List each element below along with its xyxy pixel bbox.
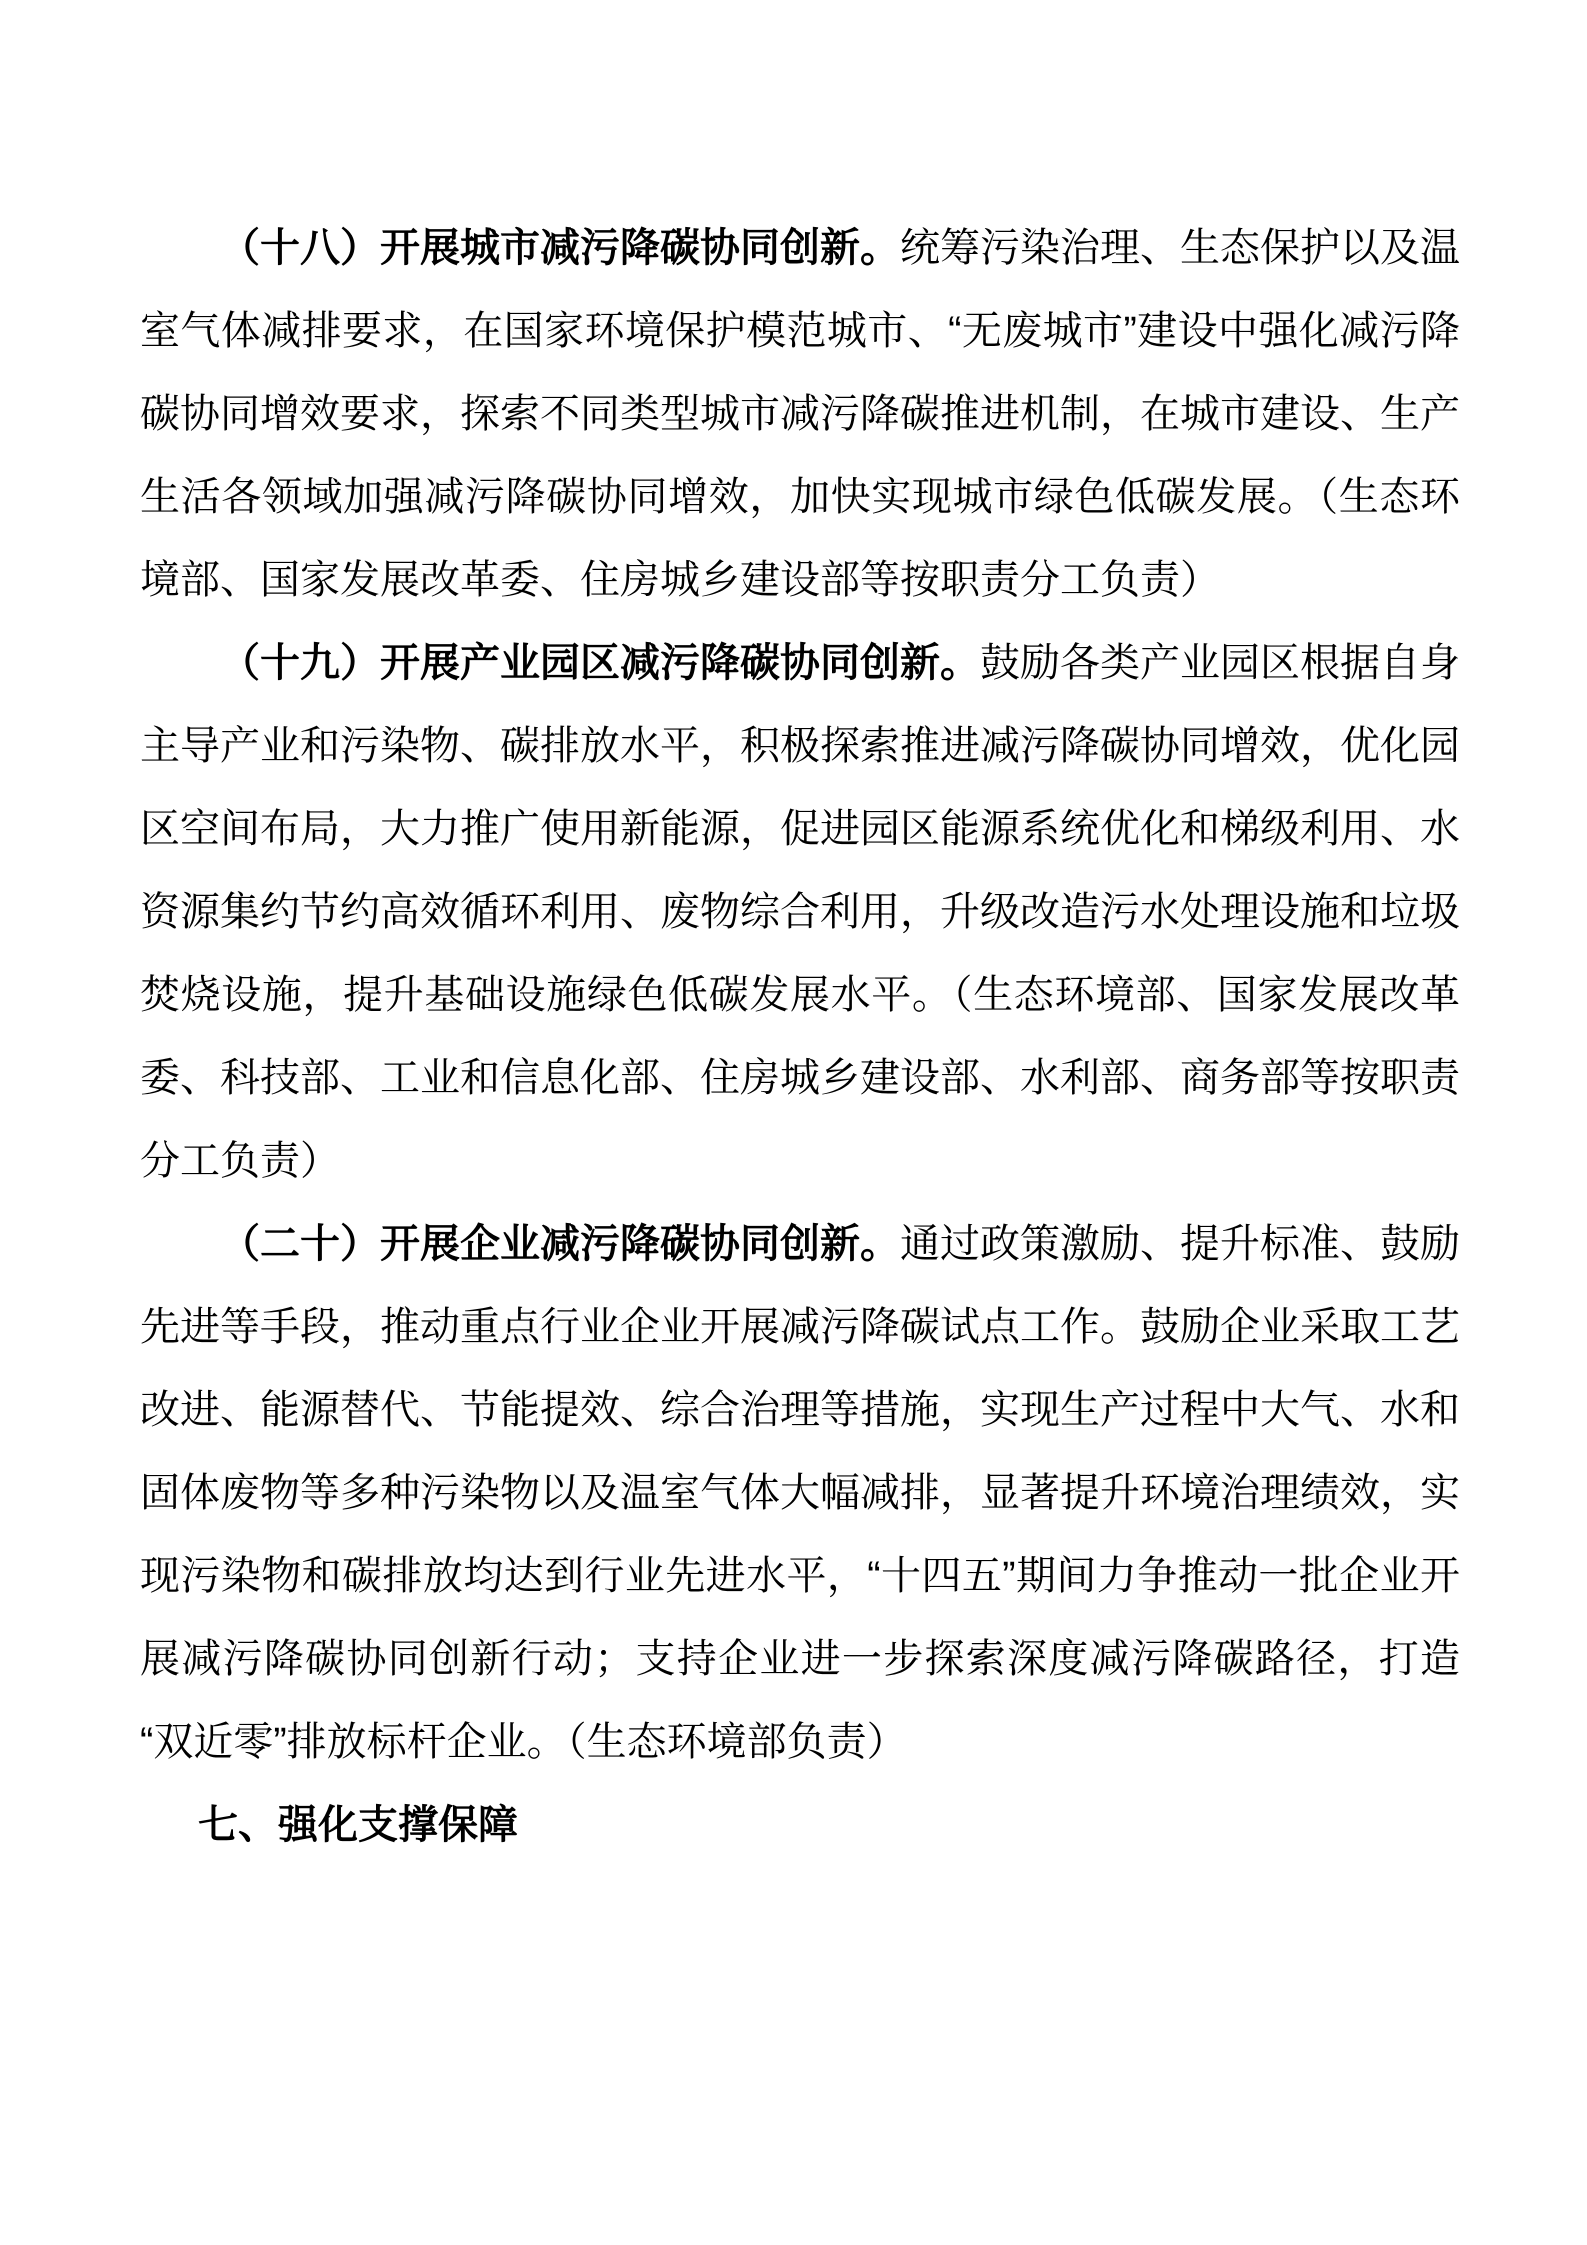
paragraph-item-19: （十九）开展产业园区减污降碳协同创新。鼓励各类产业园区根据自身主导产业和污染物、… [140, 622, 1460, 1203]
document-page: （十八）开展城市减污降碳协同创新。统筹污染治理、生态保护以及温室气体减排要求，在… [0, 0, 1587, 2245]
paragraph-20-body: 通过政策激励、提升标准、鼓励先进等手段，推动重点行业企业开展减污降碳试点工作。鼓… [140, 1222, 1460, 1764]
section-heading: 七、强化支撑保障 [140, 1784, 1460, 1867]
paragraph-19-body: 鼓励各类产业园区根据自身主导产业和污染物、碳排放水平，积极探索推进减污降碳协同增… [140, 641, 1460, 1183]
paragraph-18-body: 统筹污染治理、生态保护以及温室气体减排要求，在国家环境保护模范城市、“无废城市”… [140, 226, 1460, 602]
paragraph-item-20: （二十）开展企业减污降碳协同创新。通过政策激励、提升标准、鼓励先进等手段，推动重… [140, 1203, 1460, 1784]
paragraph-18-lead: （十八）开展城市减污降碳协同创新。 [220, 226, 900, 270]
paragraph-item-18: （十八）开展城市减污降碳协同创新。统筹污染治理、生态保护以及温室气体减排要求，在… [140, 207, 1460, 622]
paragraph-20-lead: （二十）开展企业减污降碳协同创新。 [220, 1222, 900, 1266]
paragraph-19-lead: （十九）开展产业园区减污降碳协同创新。 [220, 641, 980, 685]
